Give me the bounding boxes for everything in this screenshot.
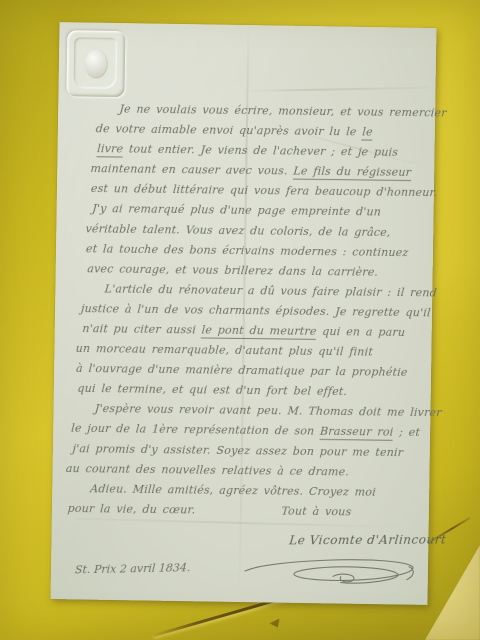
handwriting-segment: le jour de la 1ère représentation de son [71,422,321,438]
handwriting-segment: n'ait pu citer aussi [82,322,202,336]
letter-paper: Je ne voulais vous écrire, monsieur, et … [50,22,436,605]
photo-of-letter: Je ne voulais vous écrire, monsieur, et … [0,0,480,640]
handwriting-segment: ; et [393,426,421,439]
underlined-phrase: livre [96,142,123,157]
underlined-phrase: Brasseur roi [319,425,394,441]
paper-fold-horizontal [239,87,428,93]
handwriting-segment: à l'ouvrage d'une manière dramatique par… [76,362,409,379]
underlined-phrase: Le fils du régisseur [293,165,412,181]
underlined-phrase: le pont du meurtre [201,324,317,340]
embossed-seal-icon [66,30,125,97]
handwriting-segment: au courant des nouvelles relatives à ce … [65,462,349,478]
handwriting-segment: j'ai promis d'y assister. Soyez assez bo… [72,442,404,459]
handwriting-segment: qui en a paru [316,325,406,339]
handwriting-segment: Je ne voulais vous écrire, monsieur, et … [119,103,447,120]
handwriting-segment: J'espère vous revoir avant peu. M. Thoma… [94,402,442,419]
handwriting-segment: J'y ai remarqué plus d'une page empreint… [92,202,382,219]
underlined-phrase: le [362,126,374,141]
handwriting-segment: justice à l'un de vos charmants épisodes… [81,302,432,319]
letter-line: pour la vie, du cœur.Tout à vous [67,499,398,523]
handwriting-segment: pour la vie, du cœur. [67,502,196,517]
handwriting-segment: Tout à vous [281,504,352,518]
handwriting-segment: véritable talent. Vous avez du coloris, … [85,222,391,239]
handwriting-segment: et la touche des bons écrivains modernes… [85,242,409,259]
handwriting-segment: L'article du rénovateur a dû vous faire … [104,282,437,299]
background-corner-fold [425,545,480,640]
handwriting-segment: avec courage, et vous brillerez dans la … [87,262,379,279]
signature-flourish-icon [241,548,424,593]
handwriting-segment: qui le termine, et qui est d'un fort bel… [77,382,348,398]
letter-body: Je ne voulais vous écrire, monsieur, et … [64,99,431,523]
dateline: St. Prix 2 avril 1834. [75,561,191,576]
background-speck [269,618,282,629]
handwriting-segment: tout entier. Je viens de l'achever ; et … [123,143,399,159]
handwriting-segment: Adieu. Mille amitiés, agréez vôtres. Cro… [90,482,377,498]
signature-name: Le Vicomte d'Arlincourt [289,533,448,548]
handwriting-segment: maintenant en causer avec vous. [90,162,294,177]
handwriting-segment: un morceau remarquable, d'autant plus qu… [75,342,373,359]
handwriting-segment: est un début littéraire qui vous fera be… [90,182,438,199]
handwriting-segment: de votre aimable envoi qu'après avoir lu… [95,122,363,138]
